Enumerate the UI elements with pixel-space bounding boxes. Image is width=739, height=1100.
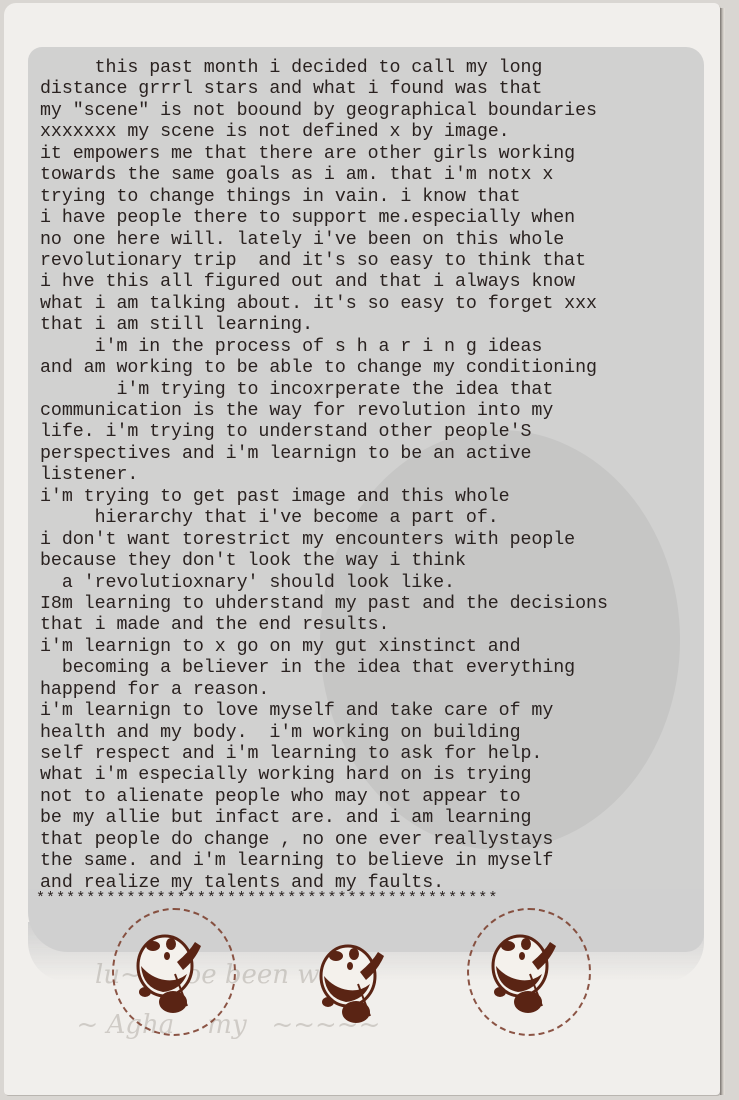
text-line: i'm learnign to love myself and take car… <box>40 701 720 722</box>
text-line: i'm trying to incoxrperate the idea that <box>40 380 720 401</box>
text-line: distance grrrl stars and what i found wa… <box>40 79 720 100</box>
text-line: health and my body. i'm working on build… <box>40 723 720 744</box>
text-line: what i am talking about. it's so easy to… <box>40 294 720 315</box>
text-line: my "scene" is not boound by geographical… <box>40 101 720 122</box>
text-line: no one here will. lately i've been on th… <box>40 230 720 251</box>
asterisk-divider: ****************************************… <box>36 890 498 907</box>
text-line: towards the same goals as i am. that i'm… <box>40 165 720 186</box>
text-line: i'm in the process of s h a r i n g idea… <box>40 337 720 358</box>
panda-stamp-icon <box>310 932 400 1033</box>
text-line: hierarchy that i've become a part of. <box>40 508 720 529</box>
text-line: and am working to be able to change my c… <box>40 358 720 379</box>
text-line: be my allie but infact are. and i am lea… <box>40 808 720 829</box>
text-line: xxxxxxx my scene is not defined x by ima… <box>40 122 720 143</box>
text-line: because they don't look the way i think <box>40 551 720 572</box>
text-line: i have people there to support me.especi… <box>40 208 720 229</box>
text-line: a 'revolutioxnary' should look like. <box>40 573 720 594</box>
text-line: I8m learning to uhderstand my past and t… <box>40 594 720 615</box>
text-line: it empowers me that there are other girl… <box>40 144 720 165</box>
text-line: that people do change , no one ever real… <box>40 830 720 851</box>
text-line: i'm trying to get past image and this wh… <box>40 487 720 508</box>
text-line: life. i'm trying to understand other peo… <box>40 422 720 443</box>
text-line: self respect and i'm learning to ask for… <box>40 744 720 765</box>
text-line: that i made and the end results. <box>40 615 720 636</box>
text-line: trying to change things in vain. i know … <box>40 187 720 208</box>
text-line: listener. <box>40 465 720 486</box>
text-line: what i'm especially working hard on is t… <box>40 765 720 786</box>
text-line: i don't want torestrict my encounters wi… <box>40 530 720 551</box>
typewritten-body: this past month i decided to call my lon… <box>40 58 720 894</box>
text-line: perspectives and i'm learnign to be an a… <box>40 444 720 465</box>
panda-stamp-icon <box>127 922 217 1023</box>
page-edge <box>720 8 725 1095</box>
panda-stamp-icon <box>482 922 572 1023</box>
text-line: becoming a believer in the idea that eve… <box>40 658 720 679</box>
text-line: the same. and i'm learning to believe in… <box>40 851 720 872</box>
text-line: revolutionary trip and it's so easy to t… <box>40 251 720 272</box>
text-line: this past month i decided to call my lon… <box>40 58 720 79</box>
text-line: that i am still learning. <box>40 315 720 336</box>
text-line: i hve this all figured out and that i al… <box>40 272 720 293</box>
text-line: i'm learnign to x go on my gut xinstinct… <box>40 637 720 658</box>
text-line: communication is the way for revolution … <box>40 401 720 422</box>
text-line: happend for a reason. <box>40 680 720 701</box>
text-line: not to alienate people who may not appea… <box>40 787 720 808</box>
